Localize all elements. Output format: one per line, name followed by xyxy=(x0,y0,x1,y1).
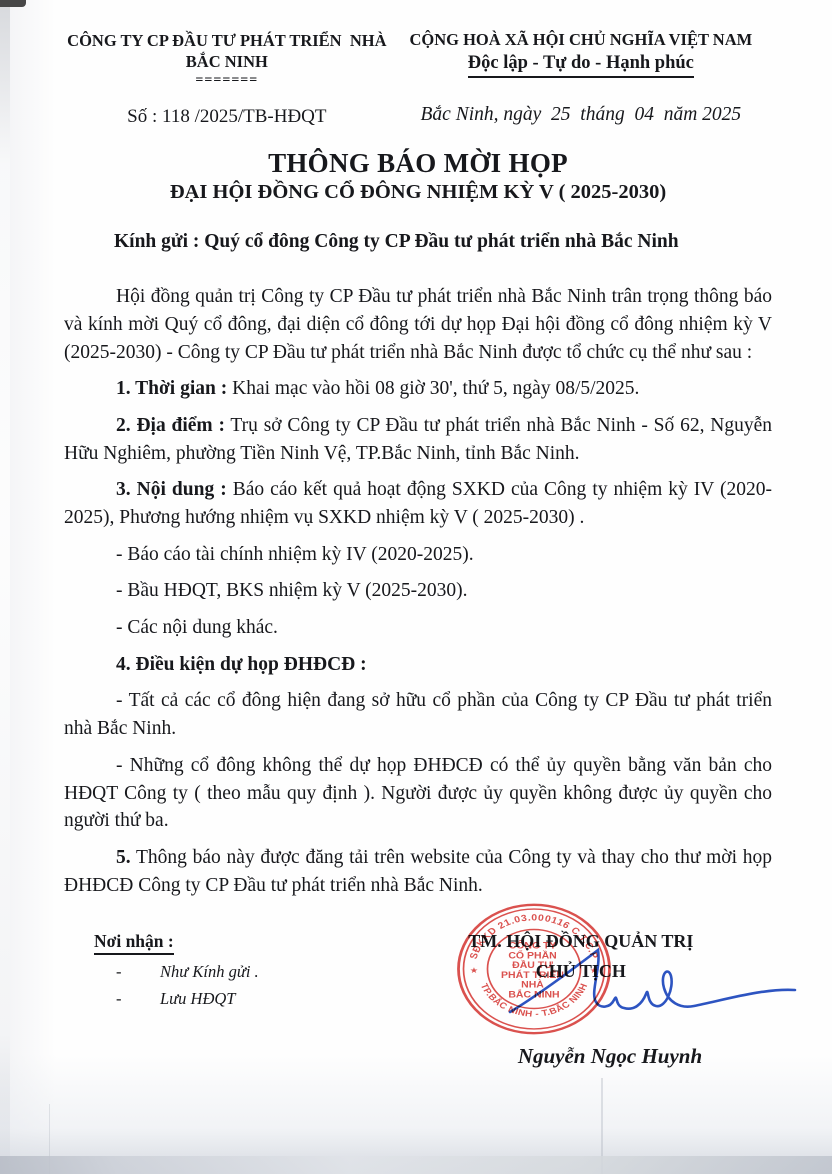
salutation-line: Kính gửi : Quý cổ đông Công ty CP Đầu tư… xyxy=(114,231,772,253)
paragraph-label: 1. Thời gian : xyxy=(116,378,227,399)
recipient-text: Lưu HĐQT xyxy=(160,989,235,1009)
recipient-text: Như Kính gửi . xyxy=(160,962,259,982)
paragraph-label: 2. Địa điểm : xyxy=(116,415,225,436)
issuer-name-line1: CÔNG TY CP ĐẦU TƯ PHÁT TRIỂN NHÀ xyxy=(64,30,390,51)
paragraph-text: Thông báo này được đăng tải trên website… xyxy=(64,847,772,896)
document-title: THÔNG BÁO MỜI HỌP xyxy=(64,148,772,179)
paragraph-text: Khai mạc vào hồi 08 giờ 30', thứ 5, ngày… xyxy=(227,378,639,399)
issuer-separator: ======= xyxy=(64,74,390,88)
national-motto-line2: Độc lập - Tự do - Hạnh phúc xyxy=(468,53,694,78)
paragraph-text: - Tất cả các cổ đông hiện đang sở hữu cổ… xyxy=(64,690,772,739)
national-heading-block: CỘNG HOÀ XÃ HỘI CHỦ NGHĨA VIỆT NAM Độc l… xyxy=(390,30,772,128)
issuer-block: CÔNG TY CP ĐẦU TƯ PHÁT TRIỂN NHÀ BẮC NIN… xyxy=(64,30,390,128)
paragraph-notice: 5. Thông báo này được đăng tải trên webs… xyxy=(64,844,772,899)
document-number: Số : 118 /2025/TB-HĐQT xyxy=(64,106,390,128)
recipient-item: - Như Kính gửi . xyxy=(116,962,390,982)
recipient-dash: - xyxy=(116,962,160,982)
paragraph-text: - Bầu HĐQT, BKS nhiệm kỳ V (2025-2030). xyxy=(116,580,468,601)
scan-band-bottom-edge xyxy=(0,1156,832,1174)
recipients-heading: Nơi nhận : xyxy=(94,931,174,955)
scanned-document-page: CÔNG TY CP ĐẦU TƯ PHÁT TRIỂN NHÀ BẮC NIN… xyxy=(0,0,832,1174)
paragraph-label: 5. xyxy=(116,847,131,868)
document-body: Hội đồng quản trị Công ty CP Đầu tư phát… xyxy=(64,283,772,899)
paragraph-agenda-item-1: - Báo cáo tài chính nhiệm kỳ IV (2020-20… xyxy=(64,541,772,569)
issuer-name-line2: BẮC NINH xyxy=(64,51,390,72)
signature-stroke xyxy=(492,938,808,1030)
recipients-block: Nơi nhận : - Như Kính gửi . - Lưu HĐQT xyxy=(64,931,390,1009)
paragraph-location: 2. Địa điểm : Trụ sở Công ty CP Đầu tư p… xyxy=(64,412,772,467)
national-motto-line1: CỘNG HOÀ XÃ HỘI CHỦ NGHĨA VIỆT NAM xyxy=(390,30,772,50)
paragraph-text: - Báo cáo tài chính nhiệm kỳ IV (2020-20… xyxy=(116,544,474,565)
paragraph-time: 1. Thời gian : Khai mạc vào hồi 08 giờ 3… xyxy=(64,375,772,403)
recipient-item: - Lưu HĐQT xyxy=(116,989,390,1009)
paragraph-conditions-heading: 4. Điều kiện dự họp ĐHĐCĐ : xyxy=(64,651,772,679)
paragraph-agenda-item-3: - Các nội dung khác. xyxy=(64,614,772,642)
paragraph-agenda-item-2: - Bầu HĐQT, BKS nhiệm kỳ V (2025-2030). xyxy=(64,577,772,605)
paragraph-text: Hội đồng quản trị Công ty CP Đầu tư phát… xyxy=(64,286,772,362)
document-content: CÔNG TY CP ĐẦU TƯ PHÁT TRIỂN NHÀ BẮC NIN… xyxy=(0,0,832,1009)
recipient-dash: - xyxy=(116,989,160,1009)
place-and-date: Bắc Ninh, ngày 25 tháng 04 năm 2025 xyxy=(390,104,772,126)
paragraph-label: 3. Nội dung : xyxy=(116,479,227,500)
document-subtitle: ĐẠI HỘI ĐỒNG CỔ ĐÔNG NHIỆM KỲ V ( 2025-2… xyxy=(64,181,772,204)
paragraph-condition-1: - Tất cả các cổ đông hiện đang sở hữu cổ… xyxy=(64,687,772,742)
paragraph-text: - Những cổ đông không thể dự họp ĐHĐCĐ c… xyxy=(64,755,772,831)
document-header: CÔNG TY CP ĐẦU TƯ PHÁT TRIỂN NHÀ BẮC NIN… xyxy=(64,30,772,128)
signer-name: Nguyễn Ngọc Huynh xyxy=(470,1044,750,1069)
paragraph-intro: Hội đồng quản trị Công ty CP Đầu tư phát… xyxy=(64,283,772,366)
paragraph-agenda: 3. Nội dung : Báo cáo kết quả hoạt động … xyxy=(64,476,772,531)
paragraph-text: - Các nội dung khác. xyxy=(116,617,278,638)
handwritten-signature xyxy=(492,938,808,1030)
stamp-star-left-icon: ★ xyxy=(470,966,479,975)
paragraph-label: 4. Điều kiện dự họp ĐHĐCĐ : xyxy=(116,654,367,675)
paragraph-condition-2: - Những cổ đông không thể dự họp ĐHĐCĐ c… xyxy=(64,752,772,835)
